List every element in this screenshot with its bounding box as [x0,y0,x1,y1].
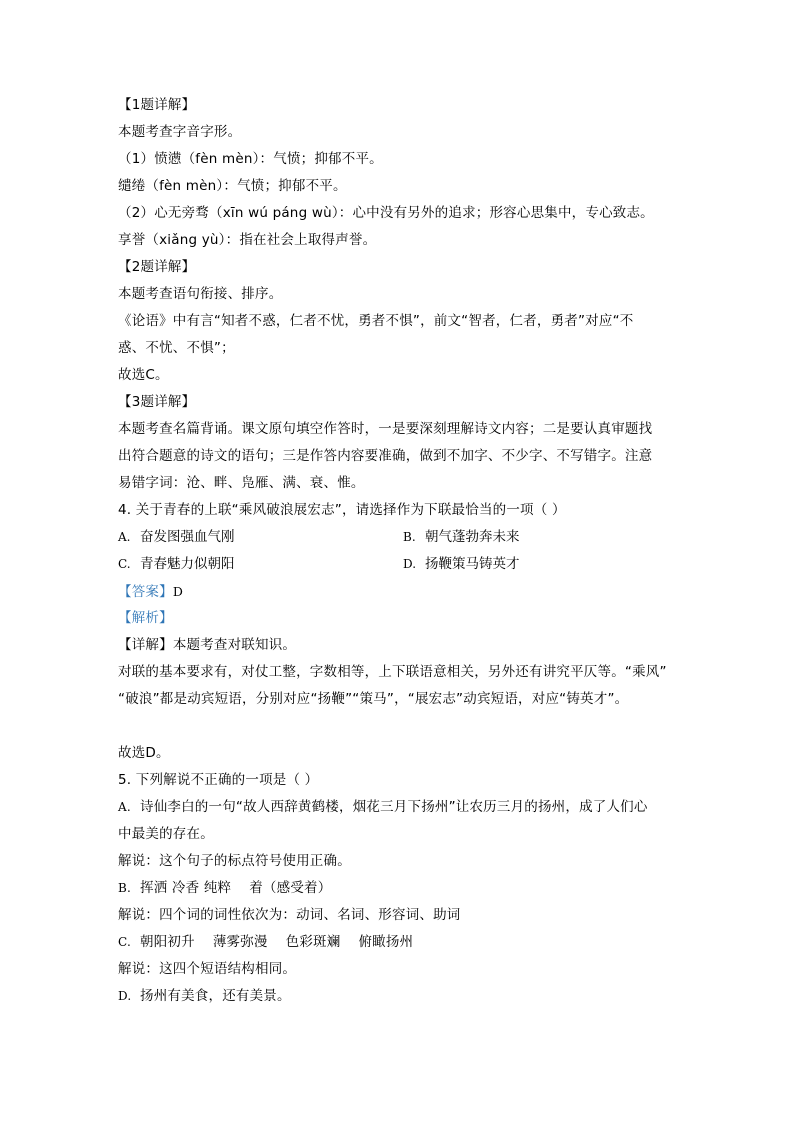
detail-line: 【详解】本题考查对联知识。 [118,632,688,659]
text-line: 对联的基本要求有，对仗工整，字数相等，上下联语意相关，另外还有讲究平仄等。“乘风… [118,659,688,686]
item-c-line: C.朝阳初升薄雾弥漫色彩斑斓俯瞰扬州 [118,929,688,956]
answer-label: 【答案】 [118,584,173,600]
item-word: 朝阳初升 [140,934,195,950]
section-heading: 【1题详解】 [118,92,688,119]
text-line: 本题考查名篇背诵。课文原句填空作答时，一是要深刻理解诗文内容；二是要认真审题找 [118,416,688,443]
item-letter: C. [118,929,140,956]
text-line: 易错字词：沧、畔、凫雁、满、衰、惟。 [118,470,688,497]
text-line: 缱绻（fèn mèn）：气愤；抑郁不平。 [118,173,688,200]
option-text: 青春魅力似朝阳 [140,556,235,572]
option-d: D.扬鞭策马铸英才 [403,551,688,578]
question-5-stem: 5. 下列解说不正确的一项是（ ） [118,767,688,794]
item-word: 冷香 [172,880,199,896]
option-letter: C. [118,551,140,578]
item-b-explanation: 解说：四个词的词性依次为：动词、名词、形容词、助词 [118,902,688,929]
option-text: 奋发图强血气刚 [140,529,235,545]
item-text: 扬州有美食，还有美景。 [140,988,291,1004]
item-word: 着（感受着） [249,880,331,896]
option-c: C.青春魅力似朝阳 [118,551,403,578]
item-a-line-1: A.诗仙李白的一句“故人西辞黄鹤楼，烟花三月下扬州”让农历三月的扬州，成了人们心 [118,794,688,821]
item-word: 俯瞰扬州 [358,934,413,950]
question-4-options-row-1: A.奋发图强血气刚 B.朝气蓬勃奔未来 [118,524,688,551]
option-text: 扬鞭策马铸英才 [425,556,520,572]
text-line: 享誉（xiǎng yù）：指在社会上取得声誉。 [118,227,688,254]
conclusion-line: 故选D。 [118,740,688,767]
blank-line [118,713,688,740]
item-d-line: D.扬州有美食，还有美景。 [118,983,688,1010]
item-word: 挥洒 [140,880,167,896]
detail-label: 【详解】 [118,637,173,653]
section-heading: 【3题详解】 [118,389,688,416]
analysis-label: 【解析】 [118,610,173,626]
option-text: 朝气蓬勃奔未来 [425,529,520,545]
option-letter: B. [403,524,425,551]
option-letter: D. [403,551,425,578]
text-line: 《论语》中有言“知者不惑，仁者不忧，勇者不惧”，前文“智者，仁者，勇者”对应“不 [118,308,688,335]
detail-text: 本题考查对联知识。 [173,637,296,653]
item-letter: B. [118,875,140,902]
option-a: A.奋发图强血气刚 [118,524,403,551]
option-b: B.朝气蓬勃奔未来 [403,524,688,551]
section-heading: 【2题详解】 [118,254,688,281]
text-line: （1）愤懑（fèn mèn）：气愤；抑郁不平。 [118,146,688,173]
item-letter: A. [118,794,140,821]
text-line: “破浪”都是动宾短语，分别对应“扬鞭”“策马”，“展宏志”动宾短语，对应“铸英才… [118,686,688,713]
text-line: （2）心无旁骛（xīn wú páng wù）：心中没有另外的追求；形容心思集中… [118,200,688,227]
document-page: 【1题详解】 本题考查字音字形。 （1）愤懑（fèn mèn）：气愤；抑郁不平。… [118,92,688,1010]
question-4-stem: 4. 关于青春的上联“乘风破浪展宏志”，请选择作为下联最恰当的一项（ ） [118,497,688,524]
item-b-line: B.挥洒 冷香 纯粹着（感受着） [118,875,688,902]
question-4-options-row-2: C.青春魅力似朝阳 D.扬鞭策马铸英才 [118,551,688,578]
answer-line: 【答案】D [118,578,688,605]
text-line: 惑、不忧、不惧”； [118,335,688,362]
item-word: 薄雾弥漫 [213,934,268,950]
option-letter: A. [118,524,140,551]
text-line: 本题考查字音字形。 [118,119,688,146]
analysis-line: 【解析】 [118,605,688,632]
item-a-explanation: 解说：这个句子的标点符号使用正确。 [118,848,688,875]
item-c-explanation: 解说：这四个短语结构相同。 [118,956,688,983]
text-line: 出符合题意的诗文的语句；三是作答内容要准确，做到不加字、不少字、不写错字。注意 [118,443,688,470]
item-word: 色彩斑斓 [286,934,341,950]
answer-value: D [173,584,183,599]
item-word: 纯粹 [204,880,231,896]
text-line: 故选C。 [118,362,688,389]
text-line: 本题考查语句衔接、排序。 [118,281,688,308]
item-letter: D. [118,983,140,1010]
item-text: 诗仙李白的一句“故人西辞黄鹤楼，烟花三月下扬州”让农历三月的扬州，成了人们心 [140,799,648,815]
item-a-line-2: 中最美的存在。 [118,821,688,848]
